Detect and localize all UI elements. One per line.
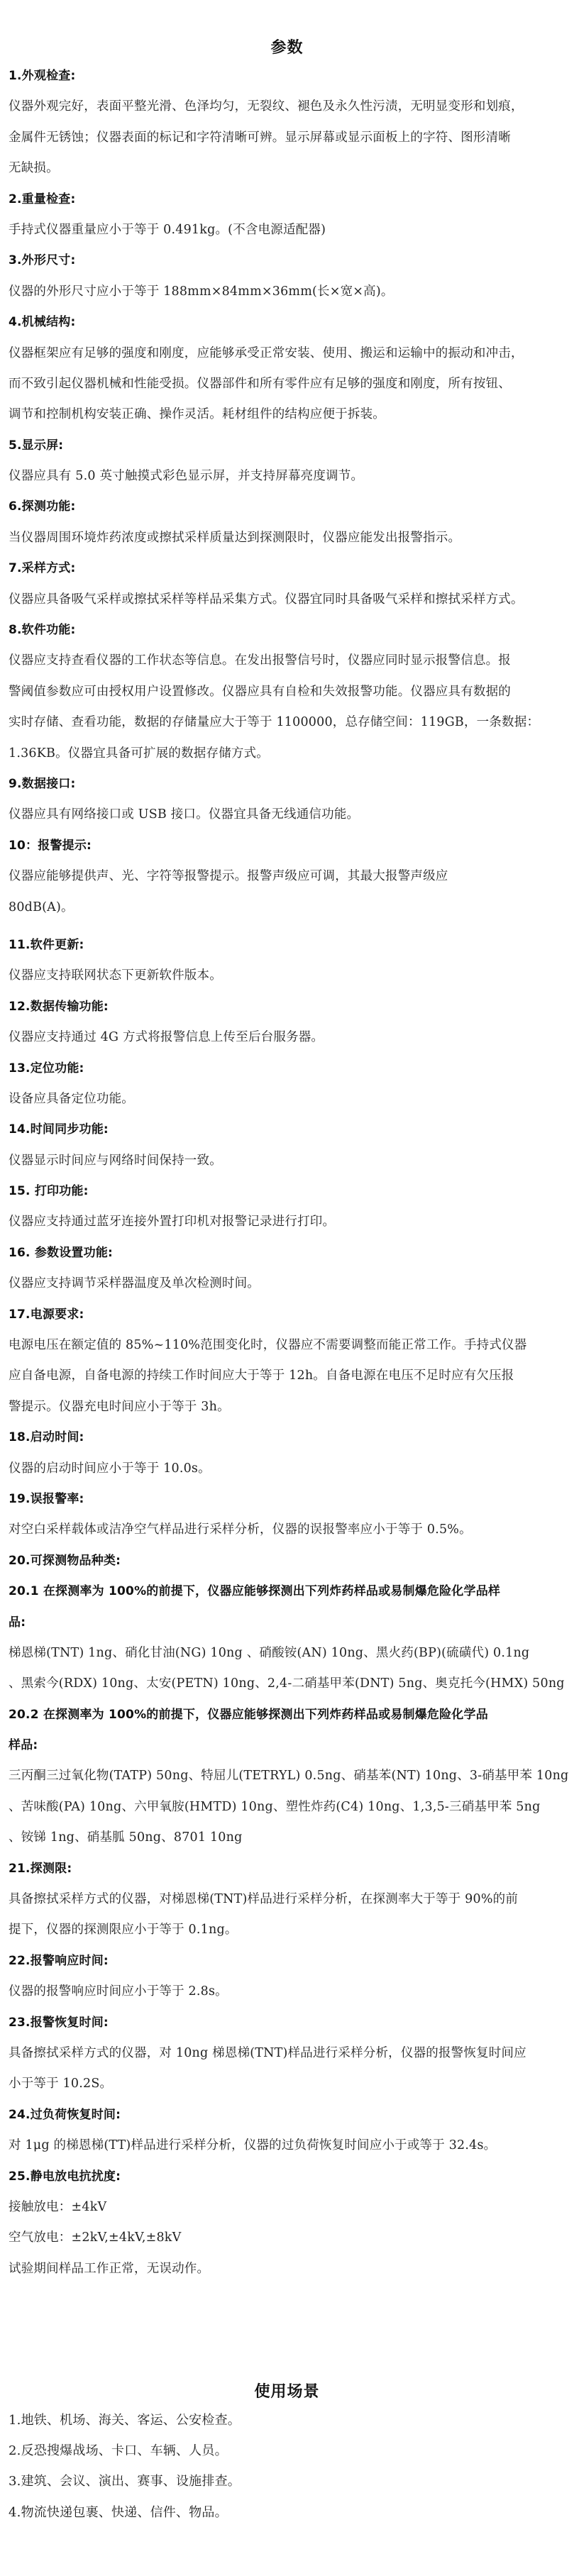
- subsection-heading-cont: 样品:: [9, 1730, 574, 1761]
- section-text: 设备应具备定位功能。: [9, 1084, 574, 1115]
- section-heading: 11.软件更新:: [9, 930, 574, 961]
- section-text: 当仪器周围环境炸药浓度或擦拭采样质量达到探测限时，仪器应能发出报警指示。: [9, 523, 574, 553]
- section-text: 试验期间样品工作正常，无误动作。: [9, 2254, 574, 2284]
- section-heading: 12.数据传输功能:: [9, 992, 574, 1022]
- section-heading: 15. 打印功能:: [9, 1176, 574, 1207]
- section-text: 小于等于 10.2S。: [9, 2069, 574, 2099]
- section-text: 对 1μg 的梯恩梯(TT)样品进行采样分析，仪器的过负荷恢复时间应小于或等于 …: [9, 2130, 574, 2161]
- section-text: 接触放电：±4kV: [9, 2192, 574, 2223]
- section-text: 仪器的报警响应时间应小于等于 2.8s。: [9, 1977, 574, 2007]
- section-heading: 5.显示屏:: [9, 431, 574, 461]
- section-text: 调节和控制机构安装正确、操作灵活。耗材组件的结构应便于拆装。: [9, 399, 574, 430]
- subsection-heading: 20.1 在探测率为 100%的前提下，仪器应能够探测出下列炸药样品或易制爆危险…: [9, 1576, 574, 1607]
- section-heading: 18.启动时间:: [9, 1422, 574, 1453]
- section-text: 具备擦拭采样方式的仪器，对 10ng 梯恩梯(TNT)样品进行采样分析，仪器的报…: [9, 2038, 574, 2069]
- section-heading: 21.探测限:: [9, 1854, 574, 1884]
- scenarios-list: 1.地铁、机场、海关、客运、公安检查。 2.反恐搜爆战场、卡口、车辆、人员。 3…: [9, 2405, 574, 2528]
- section-text: 应自备电源，自备电源的持续工作时间应大于等于 12h。自备电源在电压不足时应有欠…: [9, 1361, 574, 1391]
- params-title: 参数: [0, 35, 574, 57]
- section-heading: 2.重量检查:: [9, 184, 574, 215]
- detectable-items: 梯恩梯(TNT) 1ng、硝化甘油(NG) 10ng 、硝酸铵(AN) 10ng…: [9, 1638, 574, 1669]
- section-text: 1.36KB。仪器宜具备可扩展的数据存储方式。: [9, 739, 574, 769]
- section-heading: 10：报警提示:: [9, 831, 574, 861]
- section-text: 提下，仪器的探测限应小于等于 0.1ng。: [9, 1915, 574, 1945]
- section-text: 手持式仪器重量应小于等于 0.491kg。(不含电源适配器): [9, 215, 574, 245]
- section-heading: 22.报警响应时间:: [9, 1946, 574, 1977]
- section-text: 仪器框架应有足够的强度和刚度，应能够承受正常安装、使用、搬运和运输中的振动和冲击…: [9, 338, 574, 369]
- section-heading: 19.误报警率:: [9, 1484, 574, 1515]
- subsection-heading-cont: 品:: [9, 1608, 574, 1638]
- scenarios-title: 使用场景: [0, 2379, 574, 2401]
- section-heading: 20.可探测物品种类:: [9, 1546, 574, 1576]
- section-text: 仪器应具有 5.0 英寸触摸式彩色显示屏，并支持屏幕亮度调节。: [9, 461, 574, 492]
- section-text: 对空白采样载体或洁净空气样品进行采样分析，仪器的误报警率应小于等于 0.5%。: [9, 1515, 574, 1545]
- detectable-items: 、黑索今(RDX) 10ng、太安(PETN) 10ng、2,4-二硝基甲苯(D…: [9, 1669, 574, 1699]
- section-text: 警提示。仪器充电时间应小于等于 3h。: [9, 1392, 574, 1422]
- section-text: 电源电压在额定值的 85%~110%范围变化时，仪器应不需要调整而能正常工作。手…: [9, 1330, 574, 1361]
- section-text: 仪器的外形尺寸应小于等于 188mm×84mm×36mm(长×宽×高)。: [9, 277, 574, 307]
- scenario-item: 4.物流快递包裹、快递、信件、物品。: [9, 2497, 574, 2528]
- section-text: 仪器应支持联网状态下更新软件版本。: [9, 961, 574, 991]
- section-heading: 13.定位功能:: [9, 1054, 574, 1084]
- detectable-items: 、苦味酸(PA) 10ng、六甲氧胺(HMTD) 10ng、塑性炸药(C4) 1…: [9, 1792, 574, 1823]
- section-heading: 1.外观检查:: [9, 61, 574, 92]
- section-text: 空气放电：±2kV,±4kV,±8kV: [9, 2223, 574, 2253]
- subsection-heading: 20.2 在探测率为 100%的前提下，仪器应能够探测出下列炸药样品或易制爆危险…: [9, 1700, 574, 1730]
- section-heading: 25.静电放电抗扰度:: [9, 2162, 574, 2192]
- section-heading: 23.报警恢复时间:: [9, 2008, 574, 2038]
- detectable-items: 、铵锑 1ng、硝基胍 50ng、8701 10ng: [9, 1823, 574, 1853]
- section-text: 仪器应具有网络接口或 USB 接口。仪器宜具备无线通信功能。: [9, 800, 574, 830]
- section-text: 实时存储、查看功能，数据的存储量应大于等于 1100000，总存储空间：119G…: [9, 707, 574, 738]
- section-text: 仪器应支持通过蓝牙连接外置打印机对报警记录进行打印。: [9, 1207, 574, 1237]
- scenario-item: 3.建筑、会议、演出、赛事、设施排查。: [9, 2466, 574, 2497]
- section-heading: 9.数据接口:: [9, 769, 574, 800]
- section-heading: 8.软件功能:: [9, 615, 574, 646]
- section-text: 仪器应支持调节采样器温度及单次检测时间。: [9, 1268, 574, 1299]
- section-text: 而不致引起仪器机械和性能受损。仪器部件和所有零件应有足够的强度和刚度，所有按钮、: [9, 369, 574, 399]
- section-text: 无缺损。: [9, 153, 574, 184]
- section-heading: 7.采样方式:: [9, 553, 574, 584]
- section-text: 仪器应支持通过 4G 方式将报警信息上传至后台服务器。: [9, 1022, 574, 1053]
- section-text: 仪器应具备吸气采样或擦拭采样等样品采集方式。仪器宜同时具备吸气采样和擦拭采样方式…: [9, 585, 574, 615]
- detectable-items: 三丙酮三过氧化物(TATP) 50ng、特屈儿(TETRYL) 0.5ng、硝基…: [9, 1761, 574, 1791]
- scenario-item: 1.地铁、机场、海关、客运、公安检查。: [9, 2405, 574, 2436]
- section-heading: 16. 参数设置功能:: [9, 1238, 574, 1268]
- section-heading: 17.电源要求:: [9, 1300, 574, 1330]
- section-text: 金属件无锈蚀；仪器表面的标记和字符清晰可辨。显示屏幕或显示面板上的字符、图形清晰: [9, 123, 574, 153]
- spacer: [9, 923, 574, 930]
- section-text: 仪器应能够提供声、光、字符等报警提示。报警声级应可调，其最大报警声级应: [9, 861, 574, 892]
- section-text: 80dB(A)。: [9, 892, 574, 923]
- section-heading: 6.探测功能:: [9, 492, 574, 522]
- scenario-item: 2.反恐搜爆战场、卡口、车辆、人员。: [9, 2436, 574, 2466]
- section-text: 仪器外观完好，表面平整光滑、色泽均匀，无裂纹、褪色及永久性污渍，无明显变形和划痕…: [9, 92, 574, 122]
- section-text: 警阈值参数应可由授权用户设置修改。仪器应具有自检和失效报警功能。仪器应具有数据的: [9, 677, 574, 707]
- section-text: 仪器显示时间应与网络时间保持一致。: [9, 1146, 574, 1176]
- section-heading: 3.外形尺寸:: [9, 245, 574, 276]
- section-heading: 14.时间同步功能:: [9, 1115, 574, 1145]
- section-text: 具备擦拭采样方式的仪器，对梯恩梯(TNT)样品进行采样分析，在探测率大于等于 9…: [9, 1884, 574, 1915]
- section-text: 仪器的启动时间应小于等于 10.0s。: [9, 1454, 574, 1484]
- section-heading: 24.过负荷恢复时间:: [9, 2100, 574, 2130]
- section-heading: 4.机械结构:: [9, 307, 574, 338]
- params-body: 1.外观检查: 仪器外观完好，表面平整光滑、色泽均匀，无裂纹、褪色及永久性污渍，…: [9, 61, 574, 2284]
- section-text: 仪器应支持查看仪器的工作状态等信息。在发出报警信号时，仪器应同时显示报警信息。报: [9, 646, 574, 676]
